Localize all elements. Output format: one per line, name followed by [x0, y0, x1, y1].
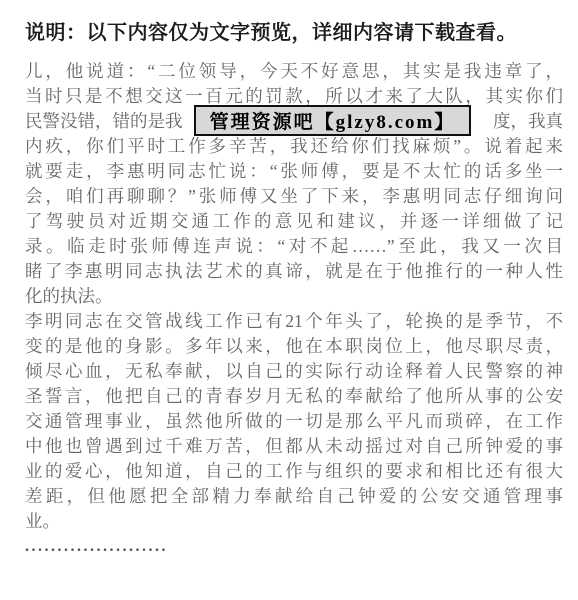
watermark-overlay: 管理资源吧【glzy8.com】	[194, 105, 471, 136]
text-line: 交通管理事业，虽然他所做的一切是那么平凡而琐碎，在工作	[25, 409, 563, 434]
text-line-left: 民警没错，错的是我	[25, 109, 183, 134]
text-line: 中他也曾遇到过千难万苦，但都从未动摇过对自己所钟爱的事	[25, 434, 563, 459]
text-line: 业。	[25, 509, 563, 534]
text-line: 儿，他说道：“二位领导，今天不好意思，其实是我违章了，	[25, 59, 563, 84]
text-line: 就要走，李惠明同志忙说：“张师傅，要是不太忙的话多坐一	[25, 159, 563, 184]
text-line: 业的爱心，他知道，自己的工作与组织的要求和相比还有很大	[25, 459, 563, 484]
text-line: ......................	[25, 534, 563, 559]
text-line: 内疚，你们平时工作多辛苦，我还给你们找麻烦”。说着起来	[25, 134, 563, 159]
text-line: 变的是他的身影。多年以来，他在本职岗位上，他尽职尽责，	[25, 334, 563, 359]
watermark-text: 管理资源吧【glzy8.com】	[210, 107, 456, 134]
text-line: 录。临走时张师傅连声说：“对不起……”至此，我又一次目	[25, 234, 563, 259]
text-line: 圣誓言，他把自己的青春岁月无私的奉献给了他所从事的公安	[25, 384, 563, 409]
text-line: 化的执法。	[25, 284, 563, 309]
text-line: 倾尽心血，无私奉献，以自己的实际行动诠释着人民警察的神	[25, 359, 563, 384]
text-line-right: 度，我真	[493, 109, 563, 134]
text-line: 会，咱们再聊聊？”张师傅又坐了下来，李惠明同志仔细询问	[25, 184, 563, 209]
text-line: 李明同志在交管战线工作已有21个年头了，轮换的是季节，不	[25, 309, 563, 334]
preview-notice: 说明：以下内容仅为文字预览，详细内容请下载查看。	[25, 16, 565, 45]
preview-page: 说明：以下内容仅为文字预览，详细内容请下载查看。 儿，他说道：“二位领导，今天不…	[0, 0, 578, 600]
text-line: 差距，但他愿把全部精力奉献给自己钟爱的公安交通管理事	[25, 484, 563, 509]
text-line: 了驾驶员对近期交通工作的意见和建议，并逐一详细做了记	[25, 209, 563, 234]
text-line: 睹了李惠明同志执法艺术的真谛，就是在于他推行的一种人性	[25, 259, 563, 284]
